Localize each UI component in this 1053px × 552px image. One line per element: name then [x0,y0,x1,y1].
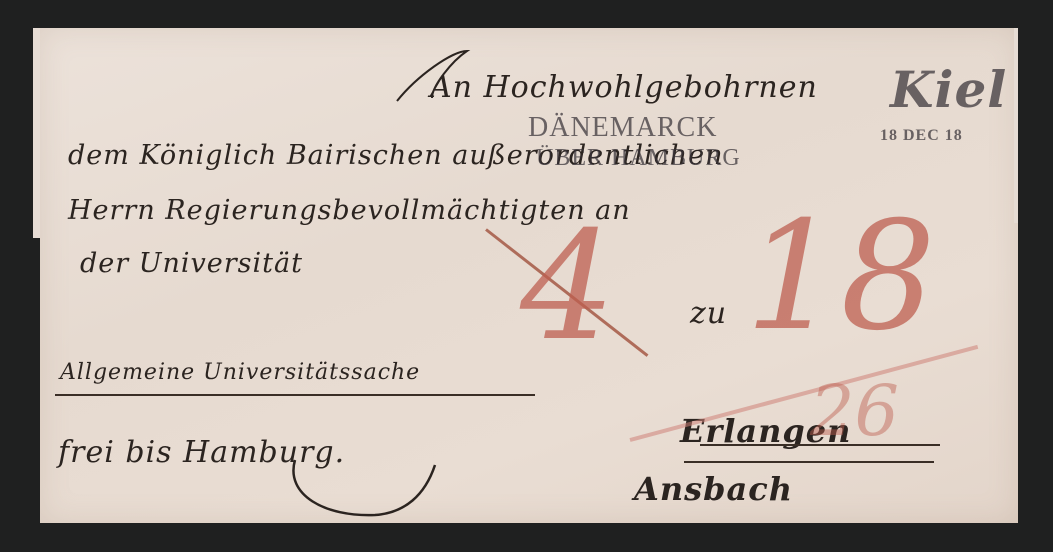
subject-note: Allgemeine Universitätssache [60,360,420,385]
origin-postmark-date: 18 DEC 18 [880,127,963,145]
origin-postmark-town: Kiel [890,60,1007,119]
destination-underline [684,461,934,463]
address-line-4: der Universität [80,248,303,279]
address-zu: zu [690,296,727,331]
paper-edge-step [1014,28,1018,223]
hamburg-flourish-icon [285,455,445,525]
transit-postmark-line-1: DÄNEMARCK [528,112,717,144]
red-crossed-rate: 26 [810,370,899,452]
transit-postmark-line-2: ÜBER HAMBURG [536,145,741,172]
red-rate-right: 18 [745,190,936,364]
address-line-1: An Hochwohlgebohrnen [430,70,818,105]
red-rate-left: 4 [520,200,615,374]
initial-flourish-icon [392,46,472,106]
destination-new: Ansbach [634,470,793,508]
subject-underline [55,394,535,396]
